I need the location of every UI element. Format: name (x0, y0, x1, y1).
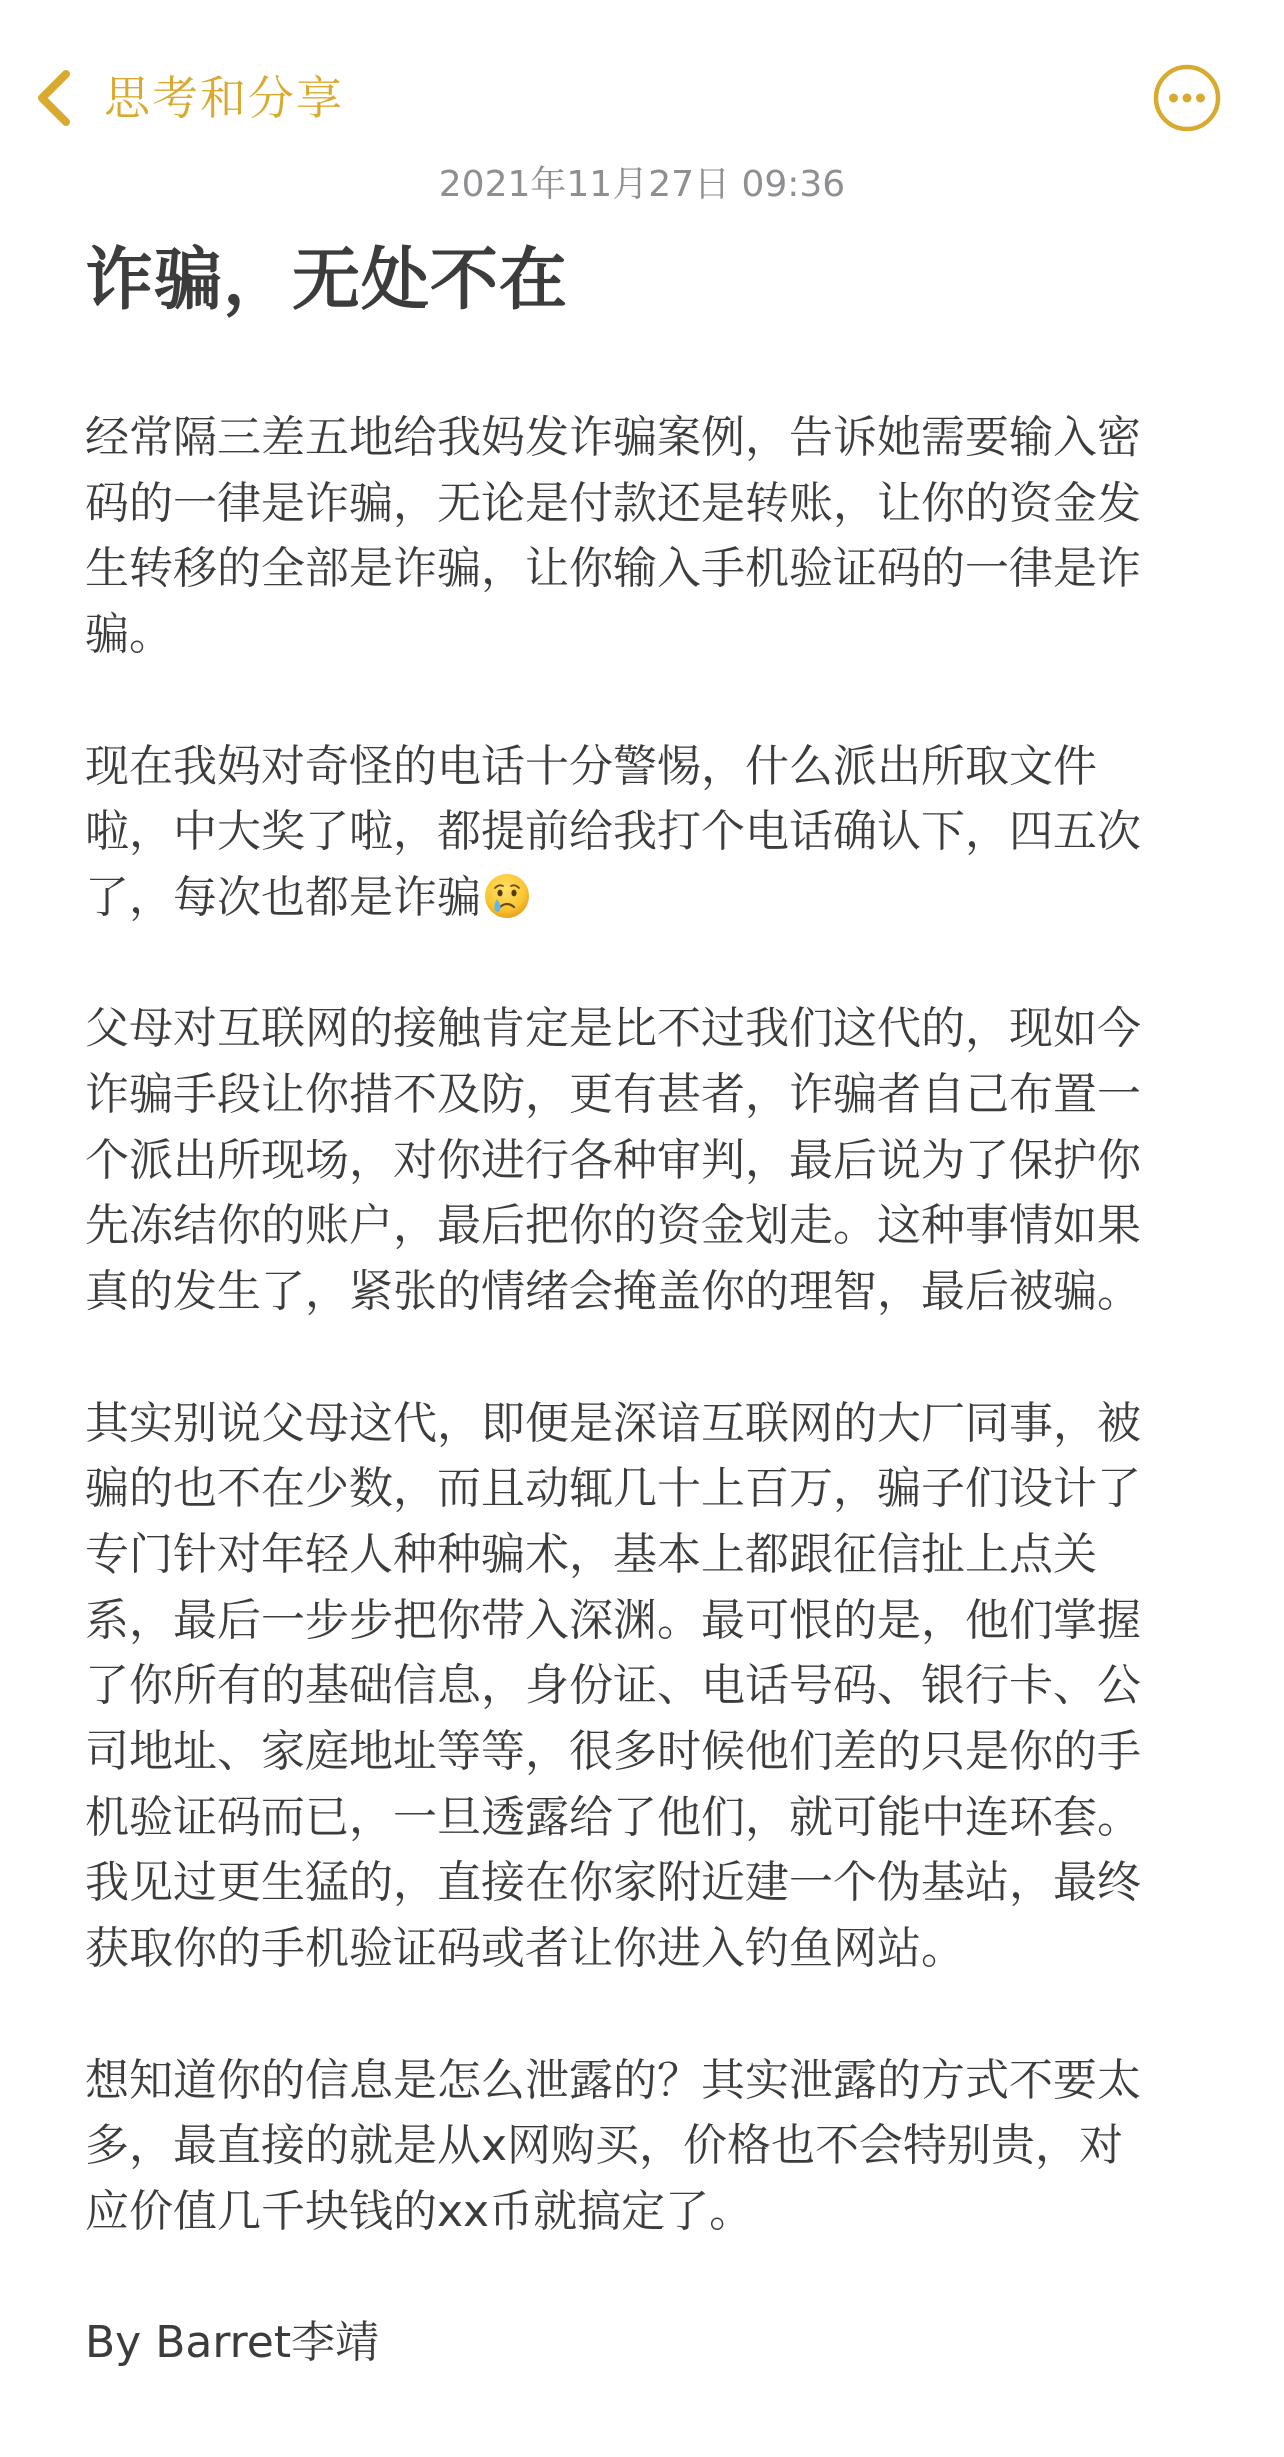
text-line: 系，最后一步步把你带入深渊。最可恨的是，他们掌握 (85, 1588, 1195, 1654)
text-line: 真的发生了，紧张的情绪会掩盖你的理智，最后被骗。 (85, 1259, 1195, 1325)
paragraph-1: 经常隔三差五地给我妈发诈骗案例，告诉她需要输入密 码的一律是诈骗，无论是付款还是… (85, 405, 1195, 668)
text-line: 应价值几千块钱的xx币就搞定了。 (85, 2179, 1195, 2245)
text-line: 经常隔三差五地给我妈发诈骗案例，告诉她需要输入密 (85, 405, 1195, 471)
text-line: 诈骗手段让你措不及防，更有甚者，诈骗者自己布置一 (85, 1062, 1195, 1128)
text-line: 获取你的手机验证码或者让你进入钓鱼网站。 (85, 1916, 1195, 1982)
signature: By Barret李靖 (85, 2310, 1195, 2376)
back-button[interactable]: 思考和分享 (30, 62, 344, 134)
text-line: 骗。 (85, 602, 1195, 668)
ellipsis-circle-icon (1151, 62, 1223, 134)
chevron-left-icon (30, 66, 78, 130)
text-line: 想知道你的信息是怎么泄露的？其实泄露的方式不要太 (85, 2048, 1195, 2114)
note-body[interactable]: 经常隔三差五地给我妈发诈骗案例，告诉她需要输入密 码的一律是诈骗，无论是付款还是… (85, 405, 1195, 2376)
note-title[interactable]: 诈骗，无处不在 (85, 238, 568, 324)
note-date: 2021年11月27日 09:36 (0, 162, 1284, 208)
text-line: 司地址、家庭地址等等，很多时候他们差的只是你的手 (85, 1719, 1195, 1785)
paragraph-2: 现在我妈对奇怪的电话十分警惕，什么派出所取文件 啦，中大奖了啦，都提前给我打个电… (85, 734, 1195, 931)
text-line-with-emoji: 了，每次也都是诈骗 (85, 865, 1195, 931)
text-line: 个派出所现场，对你进行各种审判，最后说为了保护你 (85, 1128, 1195, 1194)
paragraph-4: 其实别说父母这代，即便是深谙互联网的大厂同事，被 骗的也不在少数，而且动辄几十上… (85, 1391, 1195, 1982)
text-line: 啦，中大奖了啦，都提前给我打个电话确认下，四五次 (85, 799, 1195, 865)
back-label: 思考和分享 (104, 62, 344, 134)
paragraph-5: 想知道你的信息是怎么泄露的？其实泄露的方式不要太 多，最直接的就是从x网购买，价… (85, 2048, 1195, 2245)
text-line: 父母对互联网的接触肯定是比不过我们这代的，现如今 (85, 996, 1195, 1062)
text-line: 专门针对年轻人种种骗术，基本上都跟征信扯上点关 (85, 1522, 1195, 1588)
text-line: 多，最直接的就是从x网购买，价格也不会特别贵，对 (85, 2113, 1195, 2179)
text-line: 骗的也不在少数，而且动辄几十上百万，骗子们设计了 (85, 1456, 1195, 1522)
crying-face-icon (483, 872, 531, 920)
text-line: 现在我妈对奇怪的电话十分警惕，什么派出所取文件 (85, 734, 1195, 800)
text-line: 先冻结你的账户，最后把你的资金划走。这种事情如果 (85, 1193, 1195, 1259)
text-line: 机验证码而已，一旦透露给了他们，就可能中连环套。 (85, 1785, 1195, 1851)
navigation-bar: 思考和分享 (0, 0, 1284, 160)
text-line: 其实别说父母这代，即便是深谙互联网的大厂同事，被 (85, 1391, 1195, 1457)
more-options-button[interactable] (1151, 62, 1223, 134)
text-line: 码的一律是诈骗，无论是付款还是转账，让你的资金发 (85, 471, 1195, 537)
text-line: 了，每次也都是诈骗 (85, 872, 481, 923)
text-line: 了你所有的基础信息，身份证、电话号码、银行卡、公 (85, 1653, 1195, 1719)
text-line: 生转移的全部是诈骗，让你输入手机验证码的一律是诈 (85, 536, 1195, 602)
paragraph-3: 父母对互联网的接触肯定是比不过我们这代的，现如今 诈骗手段让你措不及防，更有甚者… (85, 996, 1195, 1325)
text-line: 我见过更生猛的，直接在你家附近建一个伪基站，最终 (85, 1850, 1195, 1916)
